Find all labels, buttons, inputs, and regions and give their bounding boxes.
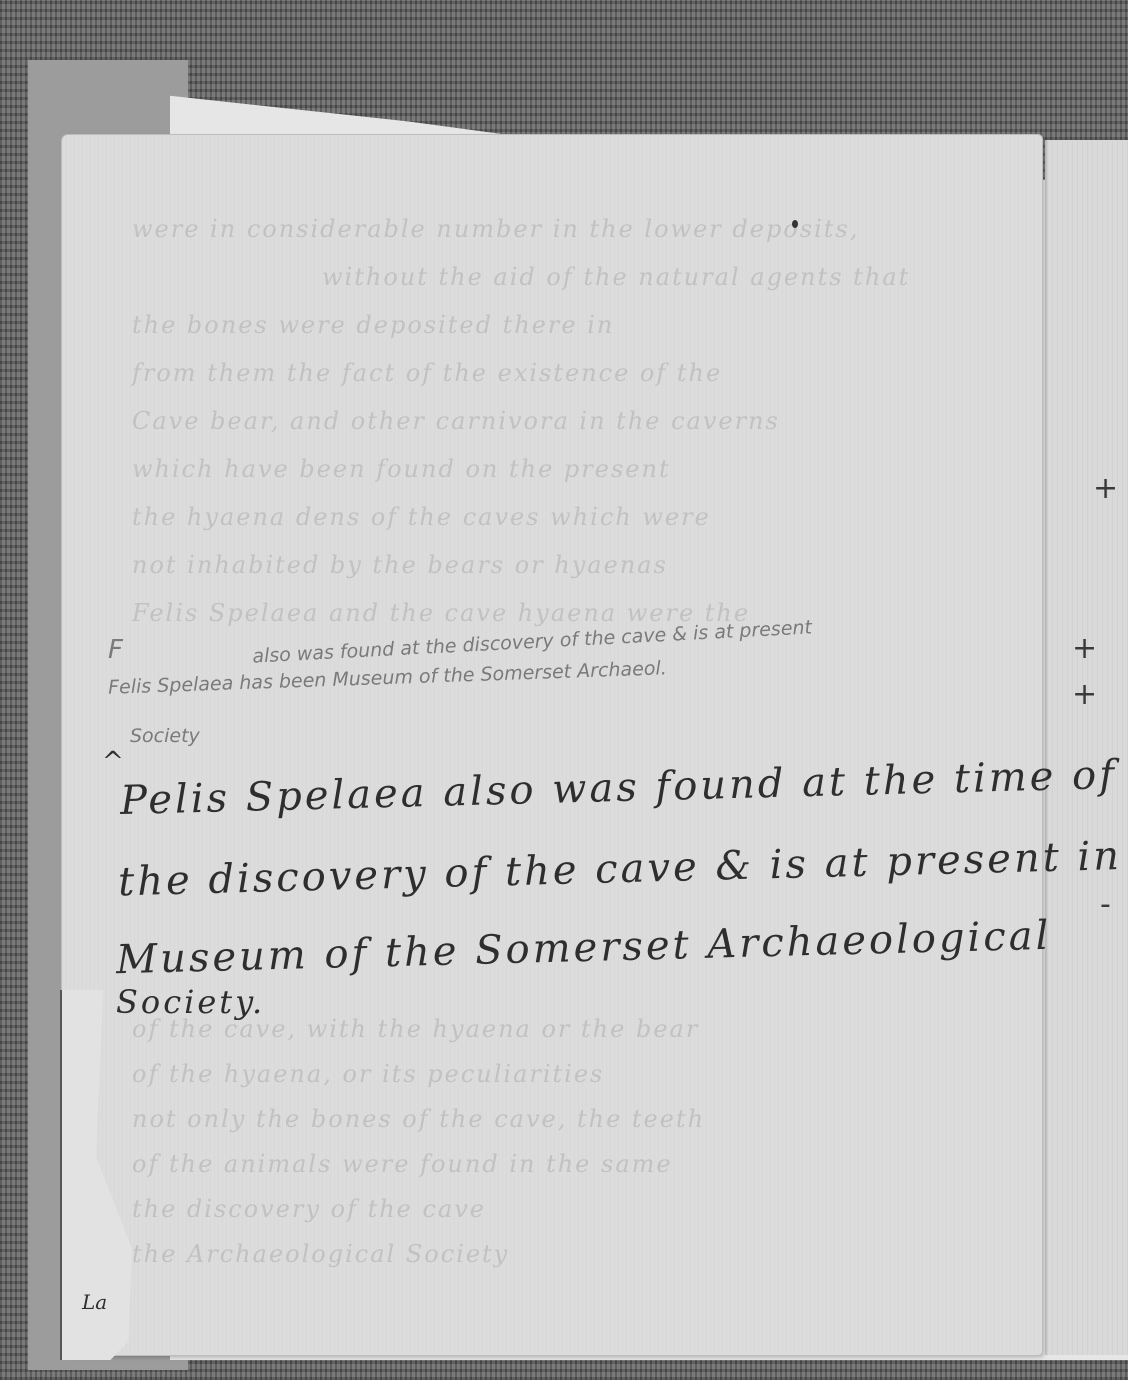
pencil-draft-line-3: Society: [130, 725, 200, 747]
bleed-through-line: the Archaeological Society: [132, 1240, 952, 1268]
bleed-through-line: from them the fact of the existence of t…: [132, 359, 952, 387]
bleed-through-line: of the animals were found in the same: [132, 1150, 952, 1178]
manuscript-page: were in considerable number in the lower…: [62, 135, 1042, 1355]
bleed-through-line: the hyaena dens of the caves which were: [132, 503, 952, 531]
margin-plus-mark: +: [1093, 474, 1118, 504]
pencil-mark-f: F: [108, 635, 123, 665]
margin-dash-mark: -: [1100, 890, 1111, 920]
facing-page-edge: [1045, 140, 1128, 1355]
fold-text: La: [82, 1290, 107, 1314]
main-text-line-2: the discovery of the cave & is at presen…: [118, 831, 1128, 906]
bleed-through-line: the bones were deposited there in: [132, 311, 952, 339]
bleed-through-line: the discovery of the cave: [132, 1195, 952, 1223]
main-text-line-4: Society.: [116, 983, 265, 1021]
main-text-line-1: Pelis Spelaea also was found at the time…: [120, 752, 1118, 824]
ink-spot: [792, 220, 798, 228]
pencil-draft-line-2: Felis Spelaea has been Museum of the Som…: [108, 657, 667, 698]
main-text-line-3: Museum of the Somerset Archaeological: [116, 913, 1052, 983]
bleed-through-line: of the hyaena, or its peculiarities: [132, 1060, 952, 1088]
margin-plus-mark: +: [1072, 634, 1097, 664]
bleed-through-line: which have been found on the present: [132, 455, 952, 483]
insertion-caret: ^: [102, 747, 124, 777]
bleed-through-line: were in considerable number in the lower…: [132, 215, 952, 243]
margin-plus-mark: +: [1072, 680, 1097, 710]
bleed-through-line: Cave bear, and other carnivora in the ca…: [132, 407, 952, 435]
bleed-through-line: not inhabited by the bears or hyaenas: [132, 551, 952, 579]
bleed-through-line: not only the bones of the cave, the teet…: [132, 1105, 952, 1133]
bleed-through-line: without the aid of the natural agents th…: [322, 263, 952, 291]
bleed-through-line: Felis Spelaea and the cave hyaena were t…: [132, 599, 952, 627]
